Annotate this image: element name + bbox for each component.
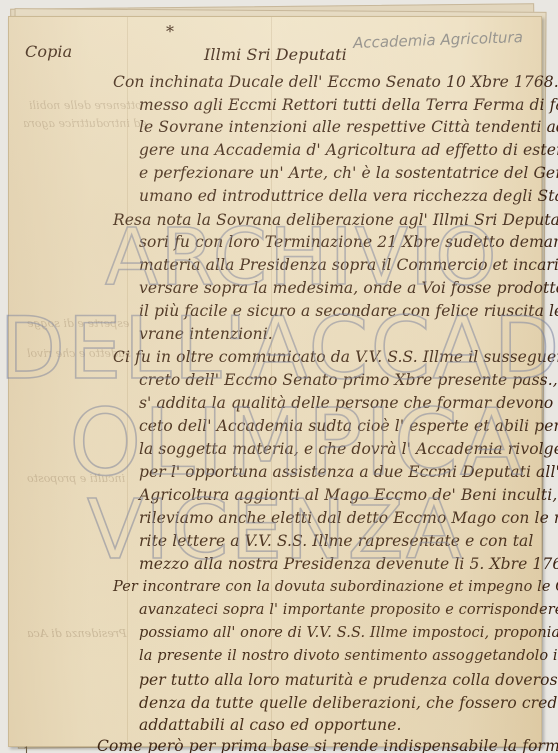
text-line: messo agli Eccmi Rettori tutti della Ter… [139, 96, 558, 114]
text-line: umano ed introduttrice della vera ricche… [139, 187, 558, 205]
text-line: le Sovrane intenzioni alle respettive Ci… [139, 118, 558, 136]
pencil-annotation: Accademia Agricoltura [353, 28, 523, 52]
watermark-line: OLIMPICA [69, 389, 525, 496]
text-line: gere una Accademia d' Agricoltura ad eff… [139, 141, 558, 159]
salutation: Illmi Sri Deputati [204, 45, 347, 64]
text-line: addattabili al caso ed opportune. [139, 716, 402, 734]
text-line: avanzateci sopra l' importante proposito… [139, 602, 558, 618]
text-line: la presente il nostro divoto sentimento … [139, 648, 558, 664]
watermark-line: DELL'ACCADEMIA [0, 299, 558, 399]
margin-note: Copia [25, 42, 72, 61]
watermark-line: ARCHIVIO [105, 213, 499, 303]
text-line: Con inchinata Ducale dell' Eccmo Senato … [113, 73, 558, 91]
bleed-through-text: ed introduttrice agora [23, 117, 147, 130]
bleed-through-text: Presidenza di Aca [27, 627, 127, 640]
manuscript-page: ottenere delle nobili ed introduttrice a… [8, 16, 542, 747]
bleed-through-text: ottenere delle nobili [29, 99, 142, 112]
watermark-line: VICENZA [87, 483, 464, 578]
text-line: possiamo all' onore di V.V. S.S. Illme i… [139, 625, 558, 641]
asterisk-mark: * [166, 22, 174, 41]
text-line: denza da tutte quelle deliberazioni, che… [139, 694, 558, 712]
text-line: Per incontrare con la dovuta subordinazi… [113, 579, 558, 595]
text-line: e perfezionare un' Arte, ch' è la sosten… [139, 164, 558, 182]
page-number: 1 [23, 745, 30, 753]
text-line: per tutto alla loro maturità e prudenza … [139, 671, 558, 689]
text-line: Come però per prima base si rende indisp… [97, 737, 558, 753]
